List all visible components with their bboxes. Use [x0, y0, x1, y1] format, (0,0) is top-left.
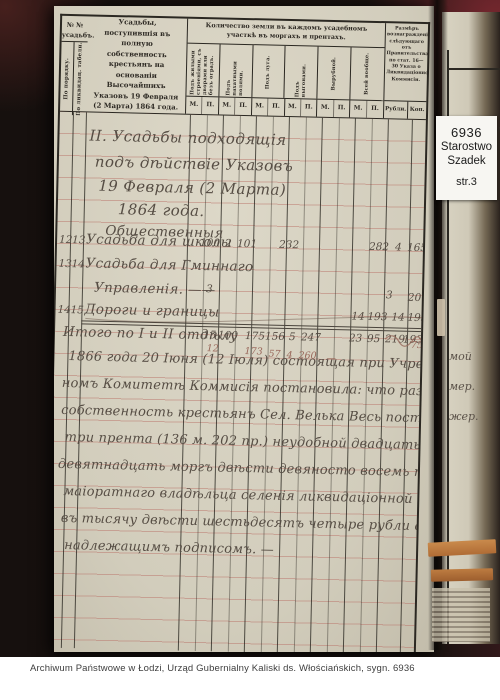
handwriting-entry: 165 [407, 242, 426, 254]
handwriting-entry: 100 [200, 237, 220, 249]
table-body: II. Усадьбы подходящіяподъ дѣйствіе Указ… [54, 112, 426, 652]
pencil-scribble [54, 302, 426, 550]
handwriting-entry: 3 [386, 289, 393, 301]
handwriting-entry: 13 [58, 258, 72, 270]
land-quantity-groups: Подъ жилыми строеніями, съ дворами или б… [186, 44, 384, 100]
label-starostwo: Starostwo [436, 140, 497, 154]
kopecks-label: Коп. [408, 102, 426, 119]
by-order-label: По порядку. [63, 57, 71, 99]
homesteads-title: Усадьбы, поступившія въ полную собственн… [90, 17, 183, 114]
unit-cell: М. [317, 100, 334, 117]
label-page-number: str.3 [436, 176, 497, 188]
table-header: № № усадьбъ. По порядку. По ликвидац. та… [60, 16, 428, 120]
unit-cell: П. [301, 100, 318, 117]
land-quantity-group: Подъ жилыми строеніями, съ дворами или б… [186, 44, 220, 97]
unit-cell: П. [367, 101, 384, 118]
handwriting-entry: подъ дѣйствіе Указовъ [95, 153, 294, 175]
unit-cell: М. [350, 101, 367, 118]
handwriting-entry: Усадьба для Гминнаго [85, 255, 253, 275]
by-liquidation-label: По ликвидац. табели. [76, 42, 85, 116]
land-quantity-group-label: Подъ жилыми строеніями, съ дворами или б… [190, 45, 216, 96]
handwriting-entry: 4 [395, 241, 402, 253]
land-quantity-group-label: Подъ луга. [265, 55, 272, 89]
land-quantity-group-label: Всей вообще. [364, 53, 371, 95]
handwriting-entry: 19 Февраля (2 Марта) [98, 177, 286, 199]
handwriting-entry: 101 [237, 238, 257, 250]
handwriting-entry: 14 [71, 258, 85, 270]
land-quantity-group-label: Подъ пахатными полями. [226, 46, 246, 96]
unit-cell: П. [235, 98, 252, 115]
tape-mark [431, 568, 493, 582]
column-plot-numbers: № № усадьбъ. По порядку. По ликвидац. та… [60, 16, 88, 112]
column-compensation: Размѣръ вознагражденія, слѣдующаго отъ П… [384, 23, 428, 119]
land-quantity-group: Подъ выгонами. [285, 46, 319, 99]
handwriting-entry: 2 [225, 238, 232, 250]
handwriting-fragment: мой [449, 350, 472, 363]
document-page: № № усадьбъ. По порядку. По ликвидац. та… [54, 6, 434, 652]
land-quantity-group: Подъ луга. [252, 46, 286, 99]
unit-cell: П. [334, 100, 351, 117]
unit-cell: П. [268, 99, 285, 116]
land-quantity-group: Вырубной. [318, 47, 352, 100]
plot-numbers-title: № № усадьбъ. [62, 16, 89, 42]
plot-number-subcolumns: По порядку. По ликвидац. табели. [60, 41, 88, 115]
handwriting-entry: II. Усадьбы подходящія [89, 126, 286, 148]
handwriting-fragment: мер. [449, 380, 475, 393]
archive-label: 6936 Starostwo Szadek str.3 [436, 116, 497, 200]
archive-caption: Archiwum Państwowe w Łodzi, Urząd Gubern… [30, 663, 415, 674]
unit-cell: П. [202, 97, 219, 114]
handwriting-fragment: жер. [449, 410, 479, 423]
handwriting-entry: 12 [59, 234, 73, 246]
unit-cell: М. [186, 97, 203, 114]
column-homesteads-description: Усадьбы, поступившія въ полную собственн… [86, 16, 188, 113]
handwriting-entry: 1864 года. [118, 200, 205, 220]
handwriting-entry: Управленія. —— [94, 280, 216, 299]
unit-cell: М. [219, 98, 236, 115]
land-quantity-group: Подъ пахатными полями. [219, 45, 253, 98]
handwriting-entry: 20 [408, 292, 422, 304]
archive-photo: № № усадьбъ. По порядку. По ликвидац. та… [0, 0, 500, 657]
handwriting-entry: 13 [72, 234, 86, 246]
tape-mark [437, 299, 445, 336]
ledger-table: № № усадьбъ. По порядку. По ликвидац. та… [54, 14, 430, 652]
compensation-units: Рубли. Коп. [384, 100, 426, 119]
unit-cell: М. [285, 99, 302, 116]
caption-bar: Archiwum Państwowe w Łodzi, Urząd Gubern… [0, 657, 500, 700]
rubles-label: Рубли. [384, 101, 408, 118]
label-signature-number: 6936 [436, 125, 497, 140]
land-quantity-group-label: Подъ выгонами. [295, 48, 309, 98]
unit-cell: М. [252, 99, 269, 116]
handwriting-entry: 282 [369, 241, 389, 253]
handwriting-entry: 232 [279, 239, 299, 251]
land-quantity-group: Всей вообще. [350, 48, 384, 101]
compensation-title: Размѣръ вознагражденія, слѣдующаго отъ П… [384, 23, 428, 101]
column-land-quantity: Количество земли въ каждомъ усадебномъ у… [186, 19, 386, 118]
handwriting-entry: 3 [206, 283, 213, 295]
label-szadek: Szadek [436, 154, 497, 168]
page-fore-edge [432, 588, 490, 642]
next-page-frame-top [447, 68, 500, 70]
screenshot-root: № № усадьбъ. По порядку. По ликвидац. та… [0, 0, 500, 700]
land-quantity-group-label: Вырубной. [331, 57, 338, 91]
